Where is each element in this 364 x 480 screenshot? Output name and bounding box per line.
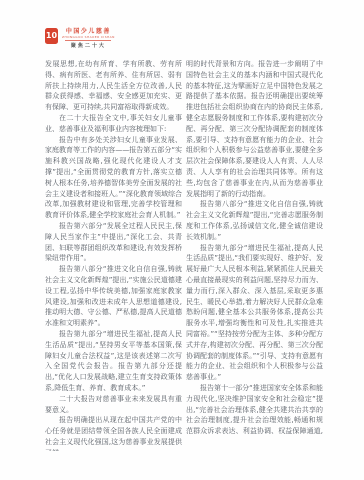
masthead-title: 中国少儿慈善: [66, 28, 111, 35]
paragraph: 在二十大报告全文中,事关妇女儿童事业、慈善事业及福利事业内容梳理如下:: [45, 113, 182, 135]
paragraph: 发展思想,在幼有所育、学有所教、劳有所得、病有所医、老有所养、住有所居、弱有所扶…: [45, 59, 182, 113]
page-header: 10 中国少儿慈善 ZHONGGUO SHAOER CISHAN 聚焦二十大: [45, 28, 115, 49]
magazine-page: 10 中国少儿慈善 ZHONGGUO SHAOER CISHAN 聚焦二十大 发…: [0, 0, 364, 480]
masthead-rule: [65, 40, 111, 41]
page-number-badge: 10: [45, 28, 58, 44]
left-column: 发展思想,在幼有所育、学有所教、劳有所得、病有所医、老有所养、住有所居、弱有所扶…: [45, 59, 182, 451]
paragraph: 报告明确提出从现在起中国共产党的中心任务就是团结带领全国各族人民全面建成社会主义…: [45, 415, 182, 451]
paragraph: 报告第十一部分“推进国家安全体系和能力现代化,坚决维护国家安全和社会稳定”提出,…: [186, 383, 323, 437]
paragraph: 二十大报告对慈善事业未来发展具有重要意义。: [45, 394, 182, 416]
paragraph: 报告第八部分“推进文化自信自强,铸就社会主义文化新辉煌”提出,“实施公民道德建设…: [45, 264, 182, 329]
column-label: 聚焦二十大: [71, 43, 106, 49]
paragraph: 报告第六部分“发展全过程人民民主,保障人民当家作主”中提出,“深化工会、共青团、…: [45, 221, 182, 264]
article-body: 发展思想,在幼有所育、学有所教、劳有所得、病有所医、老有所养、住有所居、弱有所扶…: [45, 59, 323, 451]
paragraph: 报告第八部分“推进文化自信自强,铸就社会主义文化新辉煌”提出,“完善志愿服务制度…: [186, 199, 323, 242]
paragraph: 报告第九部分“增进民生福祉,提高人民生活品质”提出,“我们要实现好、维护好、发展…: [186, 243, 323, 383]
paragraph: 明的时代背景和方向。报告进一步阐明了中国特色社会主义的基本内涵和中国式现代化的基…: [186, 59, 323, 199]
right-column: 明的时代背景和方向。报告进一步阐明了中国特色社会主义的基本内涵和中国式现代化的基…: [186, 59, 323, 437]
masthead: 中国少儿慈善 ZHONGGUO SHAOER CISHAN 聚焦二十大: [62, 28, 115, 49]
paragraph: 报告中有多处关涉妇女儿童事业发展、家庭教育等工作的内容——报告第五部分“实施科教…: [45, 135, 182, 221]
paragraph: 报告第九部分“增进民生福祉,提高人民生活品质”提出,“坚持男女平等基本国策,保障…: [45, 329, 182, 394]
masthead-subtitle: ZHONGGUO SHAOER CISHAN: [62, 35, 115, 39]
page-number: 10: [46, 32, 57, 40]
